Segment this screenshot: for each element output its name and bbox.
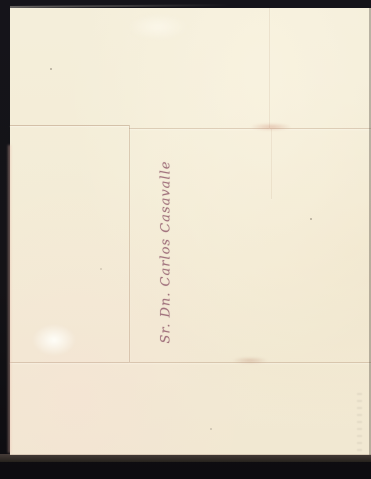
fold-crease-vertical-left	[129, 125, 130, 362]
paper-bottom-shadow	[0, 454, 371, 462]
fold-crease-horizontal-lower	[10, 362, 371, 363]
paper-blemish-spot	[32, 324, 76, 356]
handwritten-address: Sr. Dn. Carlos Casavalle	[159, 161, 174, 344]
fold-crease-vertical-right-upper	[269, 8, 270, 128]
paper-top-edge	[10, 4, 230, 8]
paper-light-patch	[128, 14, 188, 40]
paper-speck	[50, 68, 52, 70]
fold-crease-horizontal-upper-left	[10, 125, 129, 126]
scan-edge-pink-strip	[8, 145, 11, 453]
letter-paper: Sr. Dn. Carlos Casavalle	[10, 8, 371, 455]
paper-stain-lower	[232, 357, 268, 364]
fold-crease-vertical-right-lower	[271, 129, 272, 199]
paper-speck	[100, 268, 102, 270]
faint-margin-marks	[357, 393, 362, 455]
paper-stain-upper	[250, 123, 292, 131]
scan-frame: Sr. Dn. Carlos Casavalle	[0, 0, 371, 479]
paper-speck	[310, 218, 312, 220]
paper-speck	[210, 428, 212, 430]
